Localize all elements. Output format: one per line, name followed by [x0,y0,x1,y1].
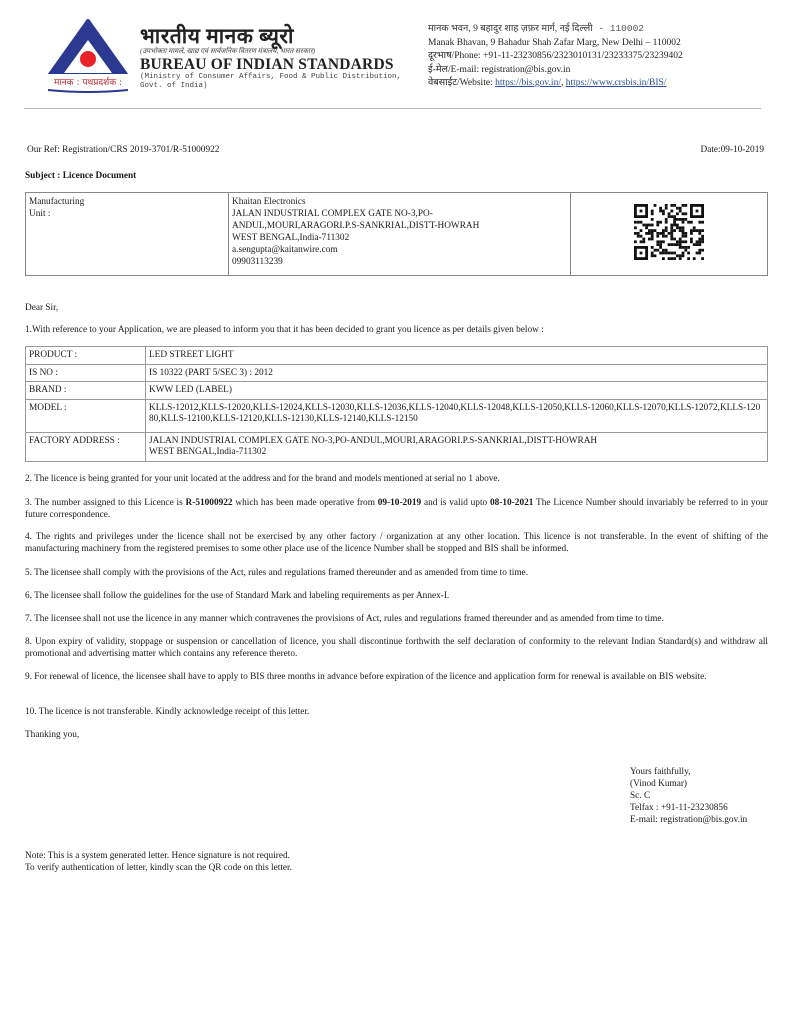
table-row: PRODUCT : LED STREET LIGHT [26,347,768,365]
manufacturing-unit-table: Manufacturing Unit : Khaitan Electronics… [25,192,768,276]
email: ई-मेल/E-mail: registration@bis.gov.in [428,64,683,78]
signatory-email: E-mail: registration@bis.gov.in [630,814,747,826]
table-row: FACTORY ADDRESS : JALAN INDUSTRIAL COMPL… [26,432,768,461]
valid-to-date: 08-10-2021 [490,498,533,508]
paragraph-10: 10. The licence is not transferable. Kin… [25,706,768,718]
paragraph-8: 8. Upon expiry of validity, stoppage or … [25,636,768,660]
subject: Subject : Licence Document [25,170,136,182]
licence-details-table: PRODUCT : LED STREET LIGHT IS NO : IS 10… [25,346,768,462]
company-email: a.sengupta@kaitanwire.com [232,244,567,256]
ministry-name: (Ministry of Consumer Affairs, Food & Pu… [140,73,410,91]
table-row: BRAND : KWW LED (LABEL) [26,382,768,400]
org-name-hindi: भारतीय मानक ब्यूरो [140,22,294,50]
org-name: BUREAU OF INDIAN STANDARDS [140,56,394,74]
paragraph-3: 3. The number assigned to this Licence i… [25,497,768,521]
signatory-designation: Sc. C [630,790,747,802]
paragraph-1: 1.With reference to your Application, we… [25,324,544,336]
website-link-bis[interactable]: https://bis.gov.in/ [495,78,561,88]
contact-block: मानक भवन, 9 बहादुर शाह ज़फ़र मार्ग, नई द… [428,22,683,91]
salutation: Dear Sir, [25,302,58,314]
paragraph-2: 2. The licence is being granted for your… [25,473,768,485]
address: Manak Bhavan, 9 Bahadur Shah Zafar Marg,… [428,37,683,51]
company-phone: 09903113239 [232,256,567,268]
phone: दूरभाष/Phone: +91-11-23230856/2323010131… [428,50,683,64]
footer-note: Note: This is a system generated letter.… [25,850,292,874]
table-row: MODEL : KLLS-12012,KLLS-12020,KLLS-12024… [26,399,768,432]
qr-code-cell [571,193,768,276]
licence-number: R-51000922 [186,498,233,508]
table-row: IS NO : IS 10322 (PART 5/SEC 3) : 2012 [26,364,768,382]
address-hindi: मानक भवन, 9 बहादुर शाह ज़फ़र मार्ग, नई द… [428,22,683,37]
company-name: Khaitan Electronics [232,196,567,208]
qr-code-icon[interactable] [634,204,704,260]
website: वेबसाईट/Website: https://bis.gov.in/, ht… [428,77,683,91]
signature-block: Yours faithfully, (Vinod Kumar) Sc. C Te… [630,766,747,826]
svg-text:मानक : पथप्रदर्शक :: मानक : पथप्रदर्शक : [54,76,122,88]
closing: Thanking you, [25,729,768,741]
manufacturing-unit-label: Manufacturing Unit : [26,193,229,276]
paragraph-9: 9. For renewal of licence, the licensee … [25,671,768,683]
ministry-name-hindi: (उपभोक्ता मामले, खाद्य एवं सार्वजनिक वित… [140,47,315,56]
header-divider [24,108,761,109]
signatory-name: (Vinod Kumar) [630,778,747,790]
paragraph-7: 7. The licensee shall not use the licenc… [25,613,768,625]
bis-triangle-logo-icon: मानक : पथप्रदर्शक : [42,18,134,94]
paragraph-5: 5. The licensee shall comply with the pr… [25,567,768,579]
bis-logo: मानक : पथप्रदर्शक : [42,18,134,94]
reference-number: Our Ref: Registration/CRS 2019-3701/R-51… [27,144,219,156]
website-link-crsbis[interactable]: https://www.crsbis.in/BIS/ [566,78,667,88]
paragraph-6: 6. The licensee shall follow the guideli… [25,590,768,602]
paragraph-4: 4. The rights and privileges under the l… [25,531,768,555]
valid-from-date: 09-10-2019 [378,498,421,508]
manufacturing-unit-details: Khaitan Electronics JALAN INDUSTRIAL COM… [229,193,571,276]
letter-date: Date:09-10-2019 [700,144,764,156]
signatory-telfax: Telfax : +91-11-23230856 [630,802,747,814]
